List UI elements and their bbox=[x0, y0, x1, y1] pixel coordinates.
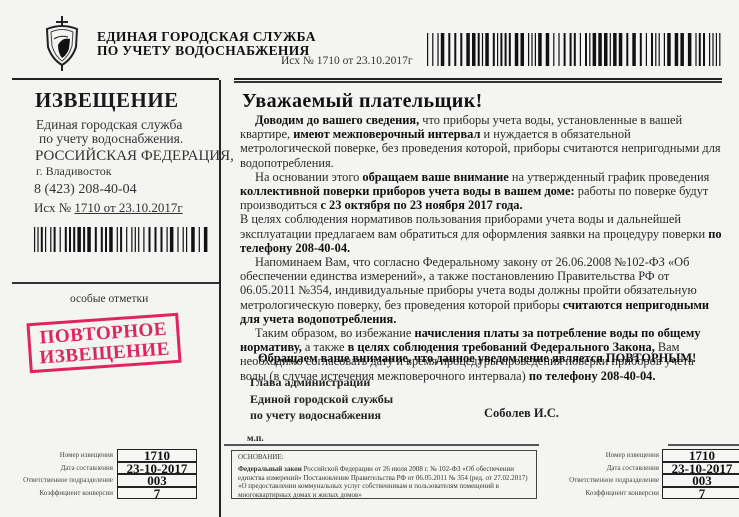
info-value: 003 bbox=[662, 474, 739, 487]
sign-line3: по учету водоснабжения bbox=[250, 407, 393, 424]
greeting: Уважаемый плательщик! bbox=[242, 90, 483, 113]
divider bbox=[668, 444, 739, 446]
basis-text: Федеральный закон Российской Федерации о… bbox=[238, 465, 530, 499]
notice-title: ИЗВЕЩЕНИЕ bbox=[35, 88, 179, 113]
country: РОССИЙСКАЯ ФЕДЕРАЦИЯ, bbox=[35, 148, 234, 165]
shield-sword-emblem-icon bbox=[44, 15, 80, 72]
phone: 8 (423) 208-40-04 bbox=[34, 182, 137, 198]
divider bbox=[234, 78, 722, 80]
barcode-icon bbox=[34, 227, 211, 252]
header-outgoing-ref: Исх № 1710 от 23.10.2017г bbox=[281, 55, 413, 67]
org-name-line1: ЕДИНАЯ ГОРОДСКАЯ СЛУЖБА bbox=[97, 30, 316, 44]
paragraph-2: На основании этого обращаем ваше внимани… bbox=[240, 170, 722, 213]
ref-number-date: 1710 от 23.10.2017г bbox=[74, 200, 182, 215]
seal-place: м.п. bbox=[247, 434, 264, 444]
info-value: 7 bbox=[662, 487, 739, 500]
divider bbox=[224, 444, 539, 446]
paragraph-4: Напоминаем Вам, что согласно Федеральном… bbox=[240, 255, 722, 326]
divider bbox=[234, 81, 722, 83]
signature-title: Глава администрации Единой городской слу… bbox=[250, 374, 393, 424]
sign-line2: Единой городской службы bbox=[250, 391, 393, 408]
basis-heading: ОСНОВАНИЕ: bbox=[238, 453, 530, 461]
paragraph-3: В целях соблюдения нормативов пользовани… bbox=[240, 212, 722, 255]
divider bbox=[12, 78, 219, 80]
org-name: ЕДИНАЯ ГОРОДСКАЯ СЛУЖБА ПО УЧЕТУ ВОДОСНА… bbox=[97, 30, 316, 58]
ref-prefix: Исх № bbox=[34, 200, 74, 215]
left-org-line1: Единая городская служба bbox=[36, 118, 183, 132]
sign-line1: Глава администрации bbox=[250, 374, 393, 391]
repeat-notice-note: Обращаем ваше внимание, что данное уведо… bbox=[258, 351, 696, 366]
left-org-line2: по учету водоснабжения. bbox=[36, 132, 183, 146]
special-marks-label: особые отметки bbox=[70, 293, 148, 305]
legal-basis-box: ОСНОВАНИЕ: Федеральный закон Российской … bbox=[231, 450, 537, 499]
city: г. Владивосток bbox=[36, 164, 112, 179]
letter-body: Доводим до вашего сведения, что приборы … bbox=[240, 113, 722, 383]
divider bbox=[12, 282, 219, 284]
signer-name: Соболев И.С. bbox=[484, 406, 559, 421]
paragraph-1: Доводим до вашего сведения, что приборы … bbox=[240, 113, 722, 170]
info-value: 1710 bbox=[662, 449, 739, 462]
repeat-notice-stamp: ПОВТОРНОЕ ИЗВЕЩЕНИЕ bbox=[26, 313, 181, 373]
left-org-name: Единая городская служба по учету водосна… bbox=[36, 118, 183, 146]
barcode-icon bbox=[427, 33, 722, 66]
left-outgoing-ref: Исх № 1710 от 23.10.2017г bbox=[34, 200, 183, 216]
